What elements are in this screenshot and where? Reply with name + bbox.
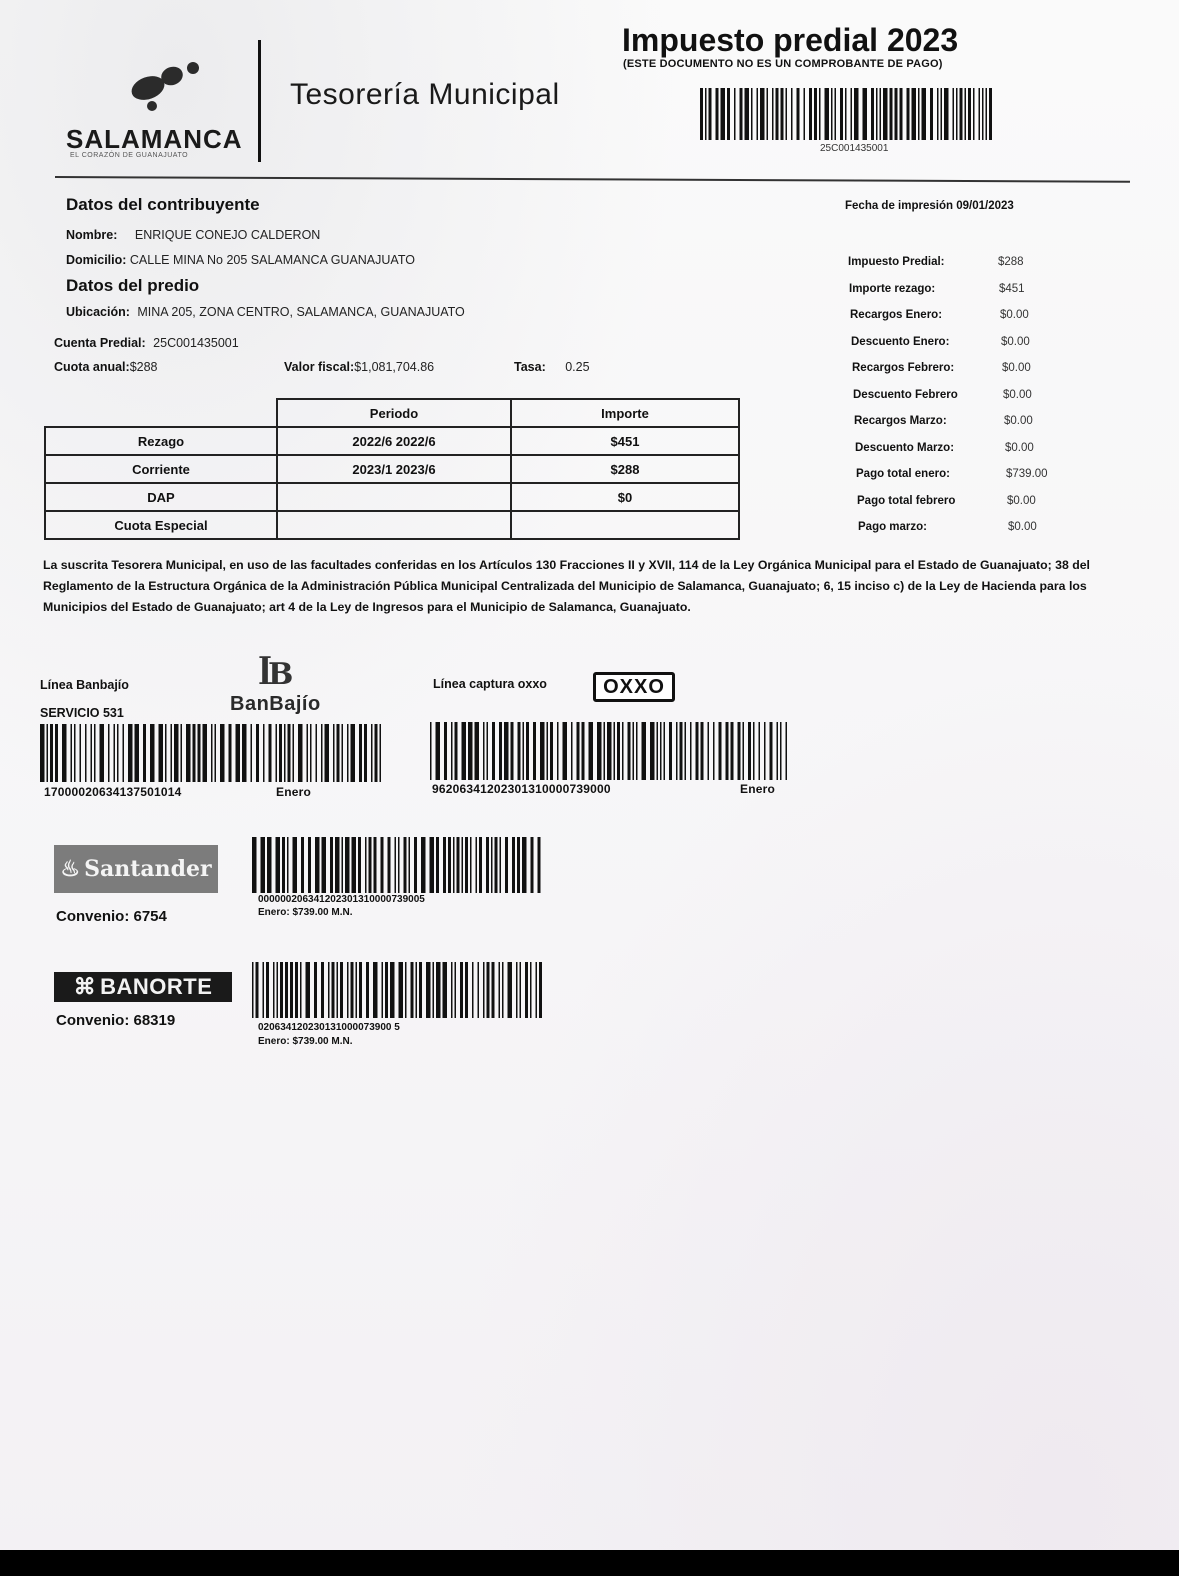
banbajio-barcode: [40, 724, 386, 782]
summary-item-label: Descuento Marzo:: [855, 442, 1005, 454]
santander-convenio: Convenio: 6754: [56, 908, 167, 925]
document-disclaimer: (ESTE DOCUMENTO NO ES UN COMPROBANTE DE …: [623, 58, 943, 70]
tasa-row: Tasa: 0.25: [514, 360, 590, 374]
summary-item-label: Recargos Febrero:: [852, 362, 1002, 374]
summary-item-value: $0.00: [1001, 336, 1030, 348]
summary-item: Importe rezago:$451: [849, 283, 1025, 295]
summary-item-value: $0.00: [1005, 442, 1034, 454]
nombre-value: ENRIQUE CONEJO CALDERON: [135, 228, 320, 242]
summary-item: Pago total enero:$739.00: [856, 468, 1048, 480]
ubicacion-row: Ubicación: MINA 205, ZONA CENTRO, SALAMA…: [66, 305, 465, 319]
cuota-value: $288: [130, 360, 158, 374]
oxxo-barcode-number: 96206341202301310000739000: [432, 782, 611, 796]
predio-heading: Datos del predio: [66, 276, 199, 296]
summary-item: Descuento Enero:$0.00: [851, 336, 1030, 348]
summary-item-value: $288: [998, 256, 1024, 268]
summary-item-value: $451: [999, 283, 1025, 295]
summary-item-label: Descuento Febrero: [853, 389, 1003, 401]
oxxo-logo-icon: OXXO: [593, 672, 675, 702]
table-cell-concepto: Rezago: [45, 427, 277, 455]
cuenta-label: Cuenta Predial:: [54, 336, 146, 350]
oxxo-logo-text: OXXO: [603, 676, 665, 699]
cuenta-row: Cuenta Predial: 25C001435001: [54, 336, 239, 350]
nombre-label: Nombre:: [66, 228, 117, 242]
summary-item-value: $0.00: [1008, 521, 1037, 533]
salamanca-logo-tagline: EL CORAZÓN DE GUANAJUATO: [70, 152, 188, 159]
valor-value: $1,081,704.86: [354, 360, 434, 374]
summary-item: Recargos Enero:$0.00: [850, 309, 1029, 321]
table-cell-importe: $451: [511, 427, 739, 455]
summary-item: Pago total febrero$0.00: [857, 495, 1036, 507]
document-title: Impuesto predial 2023: [622, 22, 958, 59]
table-cell-importe: $0: [511, 483, 739, 511]
summary-item-value: $0.00: [1000, 309, 1029, 321]
cuota-label: Cuota anual:: [54, 360, 130, 374]
summary-item-label: Pago marzo:: [858, 521, 1008, 533]
tasa-label: Tasa:: [514, 360, 546, 374]
oxxo-barcode: [430, 722, 790, 780]
banorte-mark-icon: ⌘: [74, 974, 97, 1000]
table-row: DAP $0: [45, 483, 739, 511]
santander-amount: Enero: $739.00 M.N.: [258, 907, 352, 918]
banorte-logo-text: BANORTE: [100, 974, 212, 1000]
banbajio-barcode-number: 17000020634137501014: [44, 785, 181, 799]
oxxo-label: Línea captura oxxo: [433, 677, 547, 691]
domicilio-value: CALLE MINA No 205 SALAMANCA GUANAJUATO: [130, 253, 415, 267]
banorte-convenio: Convenio: 68319: [56, 1012, 175, 1029]
table-cell-periodo: 2023/1 2023/6: [277, 455, 511, 483]
oxxo-month: Enero: [740, 782, 775, 796]
salamanca-logo-text: SALAMANCA: [66, 124, 243, 155]
summary-item-label: Descuento Enero:: [851, 336, 1001, 348]
header-divider: [258, 40, 261, 162]
domicilio-row: Domicilio: CALLE MINA No 205 SALAMANCA G…: [66, 253, 415, 267]
summary-item-label: Pago total febrero: [857, 495, 1007, 507]
santander-logo-text: Santander: [84, 856, 212, 882]
summary-item: Impuesto Predial:$288: [848, 256, 1024, 268]
santander-flame-icon: ♨: [60, 856, 80, 882]
summary-item-value: $0.00: [1002, 362, 1031, 374]
table-cell-importe: $288: [511, 455, 739, 483]
banbajio-logo-text: BanBajío: [230, 693, 321, 716]
fecha-impresion: Fecha de impresión 09/01/2023: [845, 200, 1014, 212]
table-cell-concepto: Corriente: [45, 455, 277, 483]
legal-text: La suscrita Tesorera Municipal, en uso d…: [43, 555, 1143, 618]
summary-item: Recargos Marzo:$0.00: [854, 415, 1033, 427]
summary-item: Recargos Febrero:$0.00: [852, 362, 1031, 374]
department-name: Tesorería Municipal: [290, 78, 560, 112]
table-header-blank: [45, 399, 277, 427]
table-cell-concepto: DAP: [45, 483, 277, 511]
table-header-row: Periodo Importe: [45, 399, 739, 427]
table-cell-periodo: [277, 511, 511, 539]
banorte-amount: Enero: $739.00 M.N.: [258, 1036, 352, 1047]
banbajio-month: Enero: [276, 785, 311, 799]
banorte-logo: ⌘ BANORTE: [54, 972, 232, 1002]
periodos-table: Periodo Importe Rezago 2022/6 2022/6 $45…: [44, 398, 740, 540]
table-row: Rezago 2022/6 2022/6 $451: [45, 427, 739, 455]
summary-item-label: Impuesto Predial:: [848, 256, 998, 268]
summary-item-value: $0.00: [1007, 495, 1036, 507]
table-header-periodo: Periodo: [277, 399, 511, 427]
banorte-barcode-number: 020634120230131000073900 5: [258, 1022, 400, 1033]
summary-item: Descuento Febrero$0.00: [853, 389, 1032, 401]
summary-item: Pago marzo:$0.00: [858, 521, 1037, 533]
summary-item: Descuento Marzo:$0.00: [855, 442, 1034, 454]
table-cell-concepto: Cuota Especial: [45, 511, 277, 539]
valor-label: Valor fiscal:: [284, 360, 354, 374]
tasa-value: 0.25: [565, 360, 589, 374]
fecha-label: Fecha de impresión: [845, 200, 953, 212]
account-barcode-number: 25C001435001: [820, 143, 888, 154]
ubicacion-value: MINA 205, ZONA CENTRO, SALAMANCA, GUANAJ…: [137, 305, 464, 319]
cuota-row: Cuota anual:$288: [54, 360, 158, 374]
banbajio-label: Línea Banbajío: [40, 678, 129, 692]
table-row: Cuota Especial: [45, 511, 739, 539]
summary-item-value: $0.00: [1003, 389, 1032, 401]
table-header-importe: Importe: [511, 399, 739, 427]
scan-border: [0, 1550, 1179, 1576]
banbajio-service: SERVICIO 531: [40, 706, 124, 720]
salamanca-logo-icon: [108, 60, 228, 120]
santander-logo: ♨ Santander: [54, 845, 218, 893]
table-row: Corriente 2023/1 2023/6 $288: [45, 455, 739, 483]
banbajio-logo-icon: ꟾB: [258, 657, 289, 692]
summary-item-value: $739.00: [1006, 468, 1048, 480]
domicilio-label: Domicilio:: [66, 253, 126, 267]
summary-item-value: $0.00: [1004, 415, 1033, 427]
fecha-value: 09/01/2023: [956, 200, 1014, 212]
summary-item-label: Recargos Marzo:: [854, 415, 1004, 427]
summary-item-label: Recargos Enero:: [850, 309, 1000, 321]
santander-barcode: [252, 837, 542, 893]
cuenta-value: 25C001435001: [153, 336, 239, 350]
table-cell-periodo: 2022/6 2022/6: [277, 427, 511, 455]
valor-row: Valor fiscal:$1,081,704.86: [284, 360, 434, 374]
table-cell-importe: [511, 511, 739, 539]
banorte-barcode: [252, 962, 542, 1018]
summary-item-label: Importe rezago:: [849, 283, 999, 295]
ubicacion-label: Ubicación:: [66, 305, 130, 319]
contribuyente-heading: Datos del contribuyente: [66, 195, 260, 215]
summary-item-label: Pago total enero:: [856, 468, 1006, 480]
account-barcode: [700, 88, 998, 140]
table-cell-periodo: [277, 483, 511, 511]
santander-barcode-number: 000000206341202301310000739005: [258, 894, 425, 905]
nombre-row: Nombre: ENRIQUE CONEJO CALDERON: [66, 228, 320, 242]
